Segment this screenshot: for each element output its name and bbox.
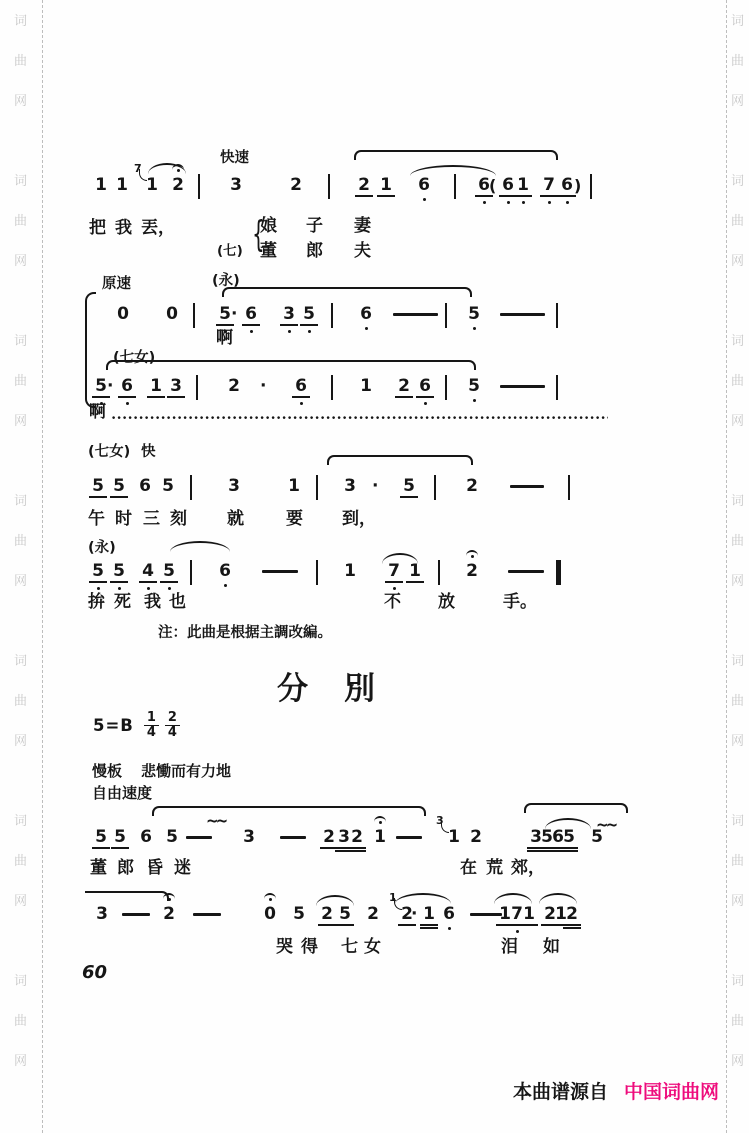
beam-underline <box>292 396 310 398</box>
lyric: 手。 <box>503 592 537 612</box>
note: 2 <box>464 562 480 581</box>
barline <box>193 303 195 328</box>
lyric: 郊， <box>511 858 545 878</box>
lyric: 郎 <box>306 241 323 261</box>
tempo-marking: 慢板 <box>92 760 122 781</box>
note: 0 <box>115 305 131 324</box>
barline <box>590 174 592 199</box>
note: 3 <box>241 828 257 847</box>
duration-dash <box>122 913 150 916</box>
barline <box>190 475 192 500</box>
fermata-icon <box>466 550 478 558</box>
meter-2-denominator: 4 <box>165 726 180 740</box>
barline <box>445 375 447 400</box>
barline <box>316 475 318 500</box>
lyric: 拚 <box>88 592 105 612</box>
note: 3 <box>168 377 184 396</box>
low-octave-dot <box>448 927 451 930</box>
low-octave-dot <box>288 330 291 333</box>
barline <box>331 303 333 328</box>
note: 5 <box>93 828 109 847</box>
note: 1 <box>421 905 437 924</box>
duration-dash <box>280 836 306 839</box>
barline <box>190 560 192 585</box>
note: 1 <box>407 562 423 581</box>
slur-arc <box>395 893 451 904</box>
lyric: 也 <box>169 592 186 612</box>
dotted-note-dot: · <box>231 305 239 324</box>
duration-dash <box>500 385 545 388</box>
note: 0 <box>262 905 278 924</box>
note: 7 <box>386 562 402 581</box>
note: 1 <box>515 176 531 195</box>
low-octave-dot <box>308 330 311 333</box>
beam-underline <box>377 195 395 197</box>
slur-arc <box>316 895 354 906</box>
lyric: 刻 <box>170 509 187 529</box>
beam-underline <box>514 195 532 197</box>
low-octave-dot <box>393 587 396 590</box>
beam-underline <box>475 195 493 197</box>
note: 5 <box>161 562 177 581</box>
note: 6 <box>137 477 153 496</box>
barline <box>556 303 558 328</box>
beam-underline <box>167 396 185 398</box>
lyric: 昏 <box>146 858 163 878</box>
low-octave-dot <box>118 587 121 590</box>
lyric: 啊 <box>216 328 233 348</box>
lyric: 不 <box>384 592 401 612</box>
note: 1 <box>342 562 358 581</box>
duration-dash <box>393 313 438 316</box>
note: 0 <box>164 305 180 324</box>
grace-hook <box>139 169 147 181</box>
beam-underline <box>406 581 424 583</box>
beam-underline <box>139 581 157 583</box>
key-signature: 5=B1424 <box>93 711 186 740</box>
vibrato-mark: ~~ <box>206 811 225 831</box>
beam-underline <box>348 847 366 849</box>
lyric: 妻 <box>354 216 371 236</box>
lyric: 丟， <box>141 218 175 238</box>
beam-underline <box>563 927 581 929</box>
beam-underline <box>111 847 129 849</box>
source-prefix: 本曲谱源自 <box>513 1081 608 1103</box>
note: 5 <box>466 305 482 324</box>
note: 2 <box>321 828 337 847</box>
lyric: 啊 <box>89 402 106 422</box>
barline <box>331 375 333 400</box>
low-octave-dot <box>365 327 368 330</box>
beam-underline <box>563 924 581 926</box>
note: 1 <box>372 828 388 847</box>
note: 2 <box>349 828 365 847</box>
fermata-icon <box>374 816 386 824</box>
low-octave-dot <box>147 587 150 590</box>
note: 3 <box>226 477 242 496</box>
beam-underline <box>300 324 318 326</box>
low-octave-dot <box>168 587 171 590</box>
section-label: 快 <box>141 444 156 461</box>
note: 5 <box>164 828 180 847</box>
lyric: 夫 <box>354 241 371 261</box>
low-octave-dot <box>473 327 476 330</box>
beam-underline <box>89 496 107 498</box>
note: 3 <box>342 477 358 496</box>
note: 1 <box>378 176 394 195</box>
barline <box>556 375 558 400</box>
beam-underline <box>110 496 128 498</box>
note: 6 <box>500 176 516 195</box>
lyric: 我 <box>115 218 132 238</box>
low-octave-dot <box>516 930 519 933</box>
note: 6 <box>138 828 154 847</box>
duration-dash <box>193 913 221 916</box>
dotted-leader <box>112 416 608 420</box>
beam-underline <box>216 324 234 326</box>
source-site-name: 中国词曲网 <box>624 1081 719 1103</box>
note: 6 <box>559 176 575 195</box>
low-octave-dot <box>424 402 427 405</box>
sheet-music-page: 词曲网词曲网词曲网词曲网词曲网词曲网词曲网 词曲网词曲网词曲网词曲网词曲网词曲网… <box>0 0 749 1133</box>
low-octave-dot <box>566 201 569 204</box>
note: 1 <box>358 377 374 396</box>
note: 5 <box>111 477 127 496</box>
meter-1-numerator: 1 <box>144 711 159 726</box>
note: 2 <box>319 905 335 924</box>
lyric: 荒 <box>486 858 503 878</box>
note: 1 <box>286 477 302 496</box>
beam-underline <box>398 924 416 926</box>
note: 2 <box>396 377 412 396</box>
duration-dash <box>510 485 544 488</box>
note: 6 <box>416 176 432 195</box>
note: 5 <box>90 477 106 496</box>
note: 3 <box>228 176 244 195</box>
low-octave-dot <box>507 201 510 204</box>
note: 2 <box>365 905 381 924</box>
note: 6 <box>243 305 259 324</box>
beam-underline <box>520 924 538 926</box>
free-tempo-marking: 自由速度 <box>92 782 152 803</box>
slur-arc <box>539 893 577 904</box>
beam-underline <box>420 924 438 926</box>
note: 2 <box>468 828 484 847</box>
system-brace <box>85 292 96 408</box>
note: 1 <box>93 176 109 195</box>
note: 6 <box>358 305 374 324</box>
duration-dash <box>186 836 212 839</box>
lyric: 时 <box>115 509 132 529</box>
note: 5 <box>90 562 106 581</box>
meter-1-denominator: 4 <box>144 726 159 740</box>
dotted-note-dot: · <box>107 377 115 396</box>
phrase-bracket <box>152 806 426 816</box>
lyric: 迷 <box>174 858 191 878</box>
low-octave-dot <box>126 402 129 405</box>
slur-arc <box>410 165 496 176</box>
section-label: 原速 <box>102 276 131 293</box>
lyric: 得 <box>301 937 318 957</box>
duration-dash <box>500 313 545 316</box>
beam-underline <box>336 924 354 926</box>
note: 4 <box>140 562 156 581</box>
barline <box>438 560 440 585</box>
lyric: 娘 <box>260 216 277 236</box>
vibrato-mark: ~~ <box>596 815 615 835</box>
note: 2 <box>170 176 186 195</box>
low-octave-dot <box>483 201 486 204</box>
lyric: 哭 <box>276 937 293 957</box>
lyric: 要 <box>286 509 303 529</box>
beam-underline <box>147 396 165 398</box>
note: 5 <box>401 477 417 496</box>
note: 5 <box>337 905 353 924</box>
note: 5 <box>301 305 317 324</box>
barline <box>568 475 570 500</box>
section-label: (七女) <box>88 444 130 461</box>
beam-underline <box>89 581 107 583</box>
note: 1 <box>114 176 130 195</box>
lyric: (七) <box>217 243 243 259</box>
beam-underline <box>400 496 418 498</box>
page-number: 60 <box>82 962 107 983</box>
meter-2-numerator: 2 <box>165 711 180 726</box>
slur-arc <box>382 553 418 564</box>
note: 5 <box>466 377 482 396</box>
final-barline <box>556 560 561 585</box>
note: 7 <box>541 176 557 195</box>
beam-underline <box>110 581 128 583</box>
lyric: 三 <box>143 509 160 529</box>
note: 2 <box>356 176 372 195</box>
dotted-note-dot: · <box>372 477 380 496</box>
phrase-bracket <box>354 150 558 160</box>
note: 6 <box>119 377 135 396</box>
barline <box>196 375 198 400</box>
beam-underline <box>242 324 260 326</box>
lyric: 在 <box>460 858 477 878</box>
score-area: 快速11172322166(6176)把我丟，(七){娘子妻董郎夫原速(永)(七… <box>0 0 749 1133</box>
parenthesis: ) <box>574 176 581 195</box>
slur-arc <box>494 893 532 904</box>
lyric: 午 <box>88 509 105 529</box>
dotted-note-dot: · <box>260 377 268 396</box>
beam-underline <box>395 396 413 398</box>
slur-arc <box>545 818 591 829</box>
note: 3 <box>281 305 297 324</box>
meter-1: 14 <box>144 711 159 740</box>
note: 6 <box>293 377 309 396</box>
song-title-char-1: 分 <box>277 671 308 707</box>
beam-underline <box>558 195 576 197</box>
lyric: 董 <box>90 858 107 878</box>
note: 13 <box>446 828 462 847</box>
barline <box>328 174 330 199</box>
duration-dash <box>262 570 298 573</box>
lyric: 把 <box>89 218 106 238</box>
low-octave-dot <box>473 399 476 402</box>
parenthesis: ( <box>489 176 496 195</box>
barline <box>198 174 200 199</box>
beam-underline <box>355 195 373 197</box>
note: 5 <box>111 562 127 581</box>
lyric: 放 <box>438 592 455 612</box>
phrase-bracket <box>524 803 628 813</box>
low-octave-dot <box>300 402 303 405</box>
note: 3 <box>94 905 110 924</box>
note: 1 <box>148 377 164 396</box>
low-octave-dot <box>97 587 100 590</box>
lyric: 我 <box>144 592 161 612</box>
lyric: 死 <box>114 592 131 612</box>
note: 2 <box>161 905 177 924</box>
lyric: 董 <box>260 241 277 261</box>
source-credit: 本曲谱源自中国词曲网 <box>513 1077 719 1104</box>
note: 2 <box>288 176 304 195</box>
duration-dash <box>508 570 544 573</box>
beam-underline <box>560 850 578 852</box>
phrase-bracket <box>106 360 476 370</box>
duration-dash <box>396 836 422 839</box>
beam-underline <box>118 396 136 398</box>
barline <box>454 174 456 199</box>
beam-underline <box>540 195 558 197</box>
lyric: 七 <box>341 937 358 957</box>
beam-underline <box>420 927 438 929</box>
expression-marking: 悲慟而有力地 <box>141 760 231 781</box>
slur-arc <box>170 541 230 552</box>
lyric: 就 <box>227 509 244 529</box>
beam-underline <box>160 581 178 583</box>
note: 6 <box>441 905 457 924</box>
note: 6 <box>217 562 233 581</box>
note: 5 <box>160 477 176 496</box>
note: 6 <box>417 377 433 396</box>
note: 2 <box>564 905 580 924</box>
beam-underline <box>92 847 110 849</box>
song-title: 分別 <box>277 663 375 708</box>
beam-underline <box>385 581 403 583</box>
beam-underline <box>318 924 336 926</box>
meter-2: 24 <box>165 711 180 740</box>
phrase-bracket <box>222 287 472 297</box>
note: 5 <box>561 828 577 847</box>
lyric: 到， <box>342 509 376 529</box>
low-octave-dot <box>522 201 525 204</box>
low-octave-dot <box>423 198 426 201</box>
grace-hook <box>441 821 449 833</box>
lyric: 郎 <box>117 858 134 878</box>
note: 17 <box>144 176 160 195</box>
key-tonic: 5=B <box>93 716 134 735</box>
beam-underline <box>416 396 434 398</box>
lyric: 泪 <box>501 937 518 957</box>
phrase-bracket-continuation <box>85 891 169 901</box>
beam-underline <box>280 324 298 326</box>
low-octave-dot <box>224 584 227 587</box>
note: 2 <box>226 377 242 396</box>
note: 5 <box>291 905 307 924</box>
note: 5 <box>112 828 128 847</box>
note: 1 <box>521 905 537 924</box>
lyric: 子 <box>306 216 323 236</box>
low-octave-dot <box>250 330 253 333</box>
phrase-bracket <box>327 455 473 465</box>
lyric: 女 <box>364 937 381 957</box>
lyric: 如 <box>543 937 560 957</box>
beam-underline <box>560 847 578 849</box>
barline <box>434 475 436 500</box>
fermata-icon <box>264 893 276 901</box>
note: 2 <box>464 477 480 496</box>
section-label: (永) <box>88 540 116 557</box>
section-label: 快速 <box>220 150 249 167</box>
dotted-note-dot: · <box>411 905 419 924</box>
song-title-char-2: 別 <box>344 671 375 707</box>
barline <box>445 303 447 328</box>
low-octave-dot <box>548 201 551 204</box>
barline <box>316 560 318 585</box>
arranger-footnote: 注：此曲是根据主調改編。 <box>158 621 332 642</box>
beam-underline <box>348 850 366 852</box>
